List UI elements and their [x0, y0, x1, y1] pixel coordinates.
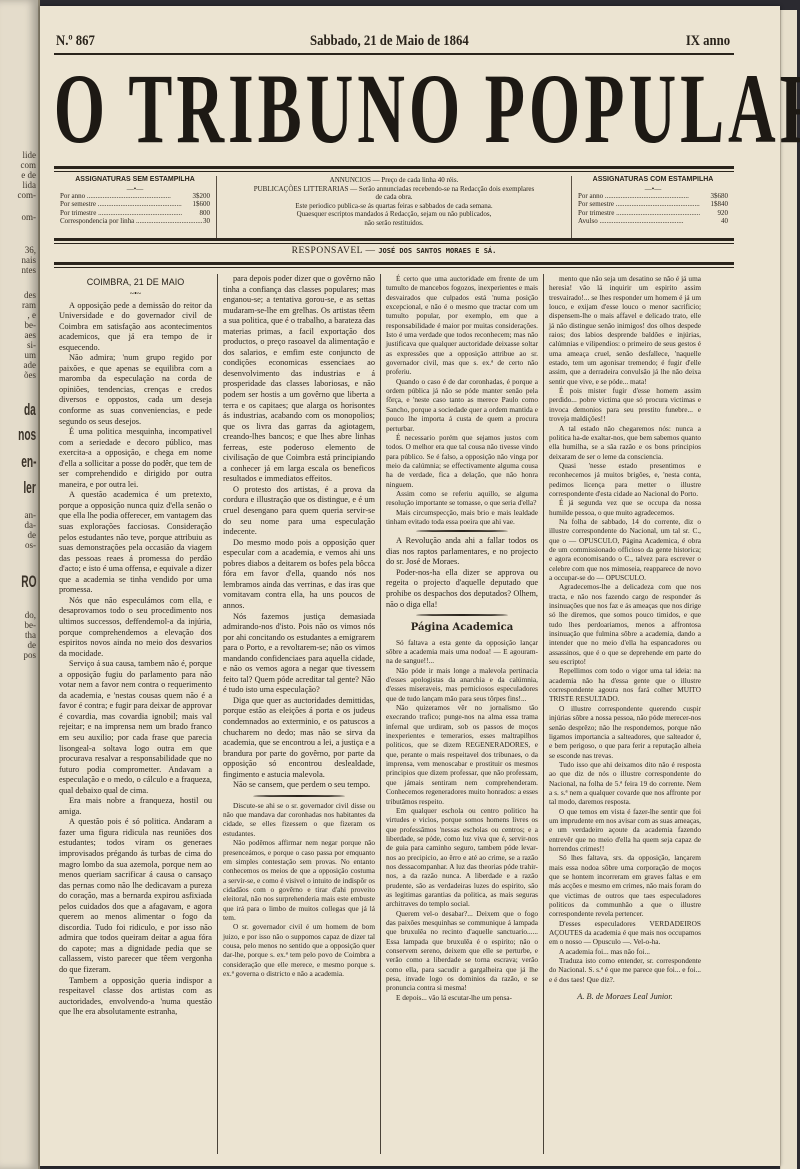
previous-page-text-fragment: aes	[25, 330, 37, 340]
previous-page-text-fragment: lide	[23, 150, 37, 160]
previous-page-text-fragment: ntes	[22, 265, 37, 275]
divider	[54, 262, 734, 268]
paragraph: D'esses especuladores VERDADEIROS AÇOUTE…	[549, 919, 701, 947]
paragraph: Tudo isso que ahi deixamos dito não é re…	[549, 760, 701, 807]
divider	[386, 610, 538, 620]
issue-line: N.º 867 Sabbado, 21 de Maio de 1864 IX a…	[56, 20, 730, 50]
paragraph: mento que não seja um desatino se não é …	[549, 274, 701, 386]
rate-row: Por semestre1$600	[60, 200, 210, 209]
subscription-info: ASSIGNATURAS SEM ESTAMPILHA —•— Por anno…	[54, 176, 734, 238]
paragraph: para depois poder dizer que o govêrno nã…	[223, 274, 375, 485]
rate-value: 920	[718, 209, 729, 218]
rate-row: Avulso40	[578, 217, 728, 226]
paragraph: Tambem a opposição queria indispor a res…	[59, 976, 212, 1018]
paragraph: Quando o caso é de dar coronhadas, é por…	[386, 377, 538, 433]
dateline: COIMBRA, 21 DE MAIO	[59, 277, 212, 288]
previous-page-text-fragment: da	[24, 400, 36, 420]
rate-label: Por semestre	[60, 200, 193, 209]
previous-page-text-fragment: com	[21, 160, 37, 170]
previous-page-text-fragment: RO	[21, 572, 36, 592]
paragraph: É pois mister fugir d'esse homem assim p…	[549, 386, 701, 423]
responsible-editor: RESPONSAVEL — JOSÉ DOS SANTOS MORAES E S…	[54, 246, 734, 256]
previous-page-text-fragment: lida	[23, 180, 37, 190]
article-columns: COIMBRA, 21 DE MAIO ~•~ A opposição pede…	[54, 274, 719, 1154]
rate-value: 1$600	[193, 200, 211, 209]
paragraph: A academia foi... mas não foi...	[549, 947, 701, 956]
rate-row: Por anno3$680	[578, 192, 728, 201]
previous-page-text-fragment: com-	[18, 190, 37, 200]
paragraph: Repellimos com todo o vigor uma tal idei…	[549, 666, 701, 703]
previous-page-text-fragment: um	[24, 350, 36, 360]
previous-page-text-fragment: e de	[21, 170, 36, 180]
responsavel-name: JOSÉ DOS SANTOS MORAES E SÁ.	[378, 247, 496, 255]
rate-value: 3$680	[711, 192, 729, 201]
divider	[54, 238, 734, 244]
paragraph: Só lhes faltava, srs. da opposição, lanç…	[549, 853, 701, 918]
paragraph: Diga que quer as auctoridades demittidas…	[223, 696, 375, 780]
previous-page-text-fragment: da-	[25, 520, 37, 530]
paragraph: É certo que uma auctoridade em frente de…	[386, 274, 538, 377]
issue-number: N.º 867	[56, 33, 95, 50]
rate-label: Por semestre	[578, 200, 711, 209]
paragraph: Nós fazemos justiça demasiada admirando-…	[223, 612, 375, 696]
paragraph: Só faltava a esta gente da opposição lan…	[386, 638, 538, 666]
newspaper-title: O TRIBUNO POPULAR	[54, 60, 740, 158]
rate-label: Correspondencia por linha	[60, 217, 203, 226]
notice-line: PUBLICAÇÕES LITTERARIAS — Serão annuncia…	[223, 185, 565, 194]
previous-page-text-fragment: nais	[22, 255, 37, 265]
paragraph: Nós que não especulámos com ella, e desa…	[59, 596, 212, 659]
previous-page-text-fragment: an-	[25, 510, 37, 520]
rate-label: Avulso	[578, 217, 721, 226]
notice-line: de cada obra.	[223, 193, 565, 202]
section-heading: ASSIGNATURAS COM ESTAMPILHA	[578, 176, 728, 185]
rate-label: Por anno	[578, 192, 711, 201]
paragraph: Era mais nobre a franqueza, hostil ou am…	[59, 796, 212, 817]
previous-page-text-fragment: 36,	[25, 245, 36, 255]
paragraph: Poder-nos-ha ella dizer se approva ou re…	[386, 568, 538, 610]
previous-page-text-fragment: pos	[23, 650, 36, 660]
previous-page-text-fragment: de	[28, 530, 37, 540]
previous-page-text-fragment: , e	[28, 310, 37, 320]
previous-page-text-fragment: do,	[25, 610, 36, 620]
paragraph: A Revolução anda ahi a fallar todos os d…	[386, 536, 538, 568]
paragraph: Não se cansem, que perdem o seu tempo.	[223, 780, 375, 791]
previous-page-text-fragment: ler	[24, 478, 36, 498]
rate-label: Por trimestre	[60, 209, 200, 218]
previous-page-text-fragment: om-	[22, 212, 37, 222]
issue-date: Sabbado, 21 de Maio de 1864	[310, 33, 469, 50]
previous-page-edge: lidecome delidacom-om-36,naisntesdesram,…	[0, 0, 40, 1169]
previous-page-text-fragment: os-	[25, 540, 36, 550]
paragraph: A opposição pede a demissão do reitor da…	[59, 301, 212, 354]
rate-row: Por semestre1$840	[578, 200, 728, 209]
paragraph: Assim como se referiu aquillo, se alguma…	[386, 489, 538, 508]
notice-line: Este periodico publica-se ás quartas fei…	[223, 202, 565, 211]
rate-row: Correspondencia por linha30	[60, 217, 210, 226]
previous-page-text-fragment: nos	[18, 425, 36, 445]
section-heading: ASSIGNATURAS SEM ESTAMPILHA	[60, 176, 210, 185]
previous-page-text-fragment: de	[28, 640, 37, 650]
section-title: Página Academica	[386, 623, 538, 634]
paragraph: Não quizeramos vêr no jornalismo tão exe…	[386, 703, 538, 806]
notices: ANNUNCIOS — Preço de cada linha 40 réis.…	[216, 176, 572, 238]
rate-row: Por trimestre920	[578, 209, 728, 218]
divider	[54, 166, 734, 172]
previous-page-text-fragment: tha	[25, 630, 36, 640]
notice-line: ANNUNCIOS — Preço de cada linha 40 réis.	[223, 176, 565, 185]
rate-value: 3$200	[193, 192, 211, 201]
paragraph: A questão pois é só politica. Andaram a …	[59, 817, 212, 975]
rate-label: Por trimestre	[578, 209, 718, 218]
paragraph: A tal estado não chegaremos nós: nunca a…	[549, 424, 701, 461]
column-2: para depois poder dizer que o govêrno nã…	[217, 274, 380, 1154]
signature: A. B. de Moraes Leal Junior.	[549, 992, 701, 1003]
rate-value: 40	[721, 217, 728, 226]
paragraph: Não póde ir mais longe a malevola pertin…	[386, 666, 538, 703]
previous-page-text-fragment: be-	[25, 620, 37, 630]
column-4: mento que não seja um desatino se não é …	[543, 274, 706, 1154]
paragraph: Quasi 'nesse estado presentimos e reconh…	[549, 461, 701, 498]
previous-page-text-fragment: ões	[24, 370, 36, 380]
paragraph: O sr. governador civil é um homem de bom…	[223, 922, 375, 978]
paragraph: Não admira; 'num grupo regido por paixõe…	[59, 353, 212, 427]
previous-page-text-fragment: en-	[21, 452, 36, 472]
subscriptions-without-stamp: ASSIGNATURAS SEM ESTAMPILHA —•— Por anno…	[54, 176, 216, 238]
paragraph: É uma politica mesquinha, incompativel c…	[59, 427, 212, 490]
responsavel-label: RESPONSAVEL —	[292, 246, 376, 256]
rate-value: 30	[203, 217, 210, 226]
previous-page-text-fragment: be-	[25, 320, 37, 330]
paragraph: Traduza isto como entender, sr. correspo…	[549, 956, 701, 984]
rate-label: Por anno	[60, 192, 193, 201]
notice-line: não serão restituidos.	[223, 219, 565, 228]
previous-page-text-fragment: ade	[24, 360, 37, 370]
issue-year: IX anno	[686, 33, 730, 50]
paragraph: Discute-se ahi se o sr. governador civil…	[223, 801, 375, 838]
paragraph: O protesto dos artistas, é a prova da co…	[223, 485, 375, 538]
paragraph: Querem vel-o desabar?... Deixem que o fo…	[386, 909, 538, 993]
column-3: É certo que uma auctoridade em frente de…	[380, 274, 543, 1154]
paragraph: Não podêmos affirmar nem negar porque nã…	[223, 838, 375, 922]
paragraph: Em qualquer eschola ou centro politico h…	[386, 806, 538, 909]
paragraph: E depois... vão lá escutar-lhe um pensa-	[386, 993, 538, 1002]
rate-row: Por trimestre800	[60, 209, 210, 218]
paragraph: É necessario porém que sejamos justos co…	[386, 433, 538, 489]
previous-page-text-fragment: si-	[27, 340, 36, 350]
paragraph: É já segunda vez que se occupa da nossa …	[549, 498, 701, 517]
paragraph: A questão academica é um pretexto, porqu…	[59, 490, 212, 595]
column-1: COIMBRA, 21 DE MAIO ~•~ A opposição pede…	[54, 274, 217, 1154]
ornament-icon: ~•~	[59, 290, 212, 298]
divider	[386, 526, 538, 536]
divider	[223, 791, 375, 801]
rate-row: Por anno3$200	[60, 192, 210, 201]
paragraph: Na folha de sabbado, 14 do corrente, diz…	[549, 517, 701, 582]
paragraph: O illustre correspondente querendo cuspi…	[549, 704, 701, 760]
next-page-edge	[780, 10, 797, 1169]
paragraph: Serviço á sua causa, tambem não é, porqu…	[59, 659, 212, 796]
notice-line: Quaesquer escriptos mandados á Redacção,…	[223, 210, 565, 219]
rate-value: 1$840	[711, 200, 729, 209]
masthead: O TRIBUNO POPULAR	[54, 60, 740, 160]
newspaper-page: N.º 867 Sabbado, 21 de Maio de 1864 IX a…	[40, 6, 780, 1166]
paragraph: Agradecemos-lhe a delicadeza com que nos…	[549, 582, 701, 666]
paragraph: Mais circumspecção, mais brio e mais lea…	[386, 508, 538, 527]
paragraph: O que temos em vista é fazer-lhe sentir …	[549, 807, 701, 854]
rate-value: 800	[200, 209, 211, 218]
previous-page-text-fragment: ram	[22, 300, 36, 310]
previous-page-text-fragment: des	[24, 290, 36, 300]
subscriptions-with-stamp: ASSIGNATURAS COM ESTAMPILHA —•— Por anno…	[572, 176, 734, 238]
paragraph: Do mesmo modo pois a opposição quer espe…	[223, 538, 375, 612]
